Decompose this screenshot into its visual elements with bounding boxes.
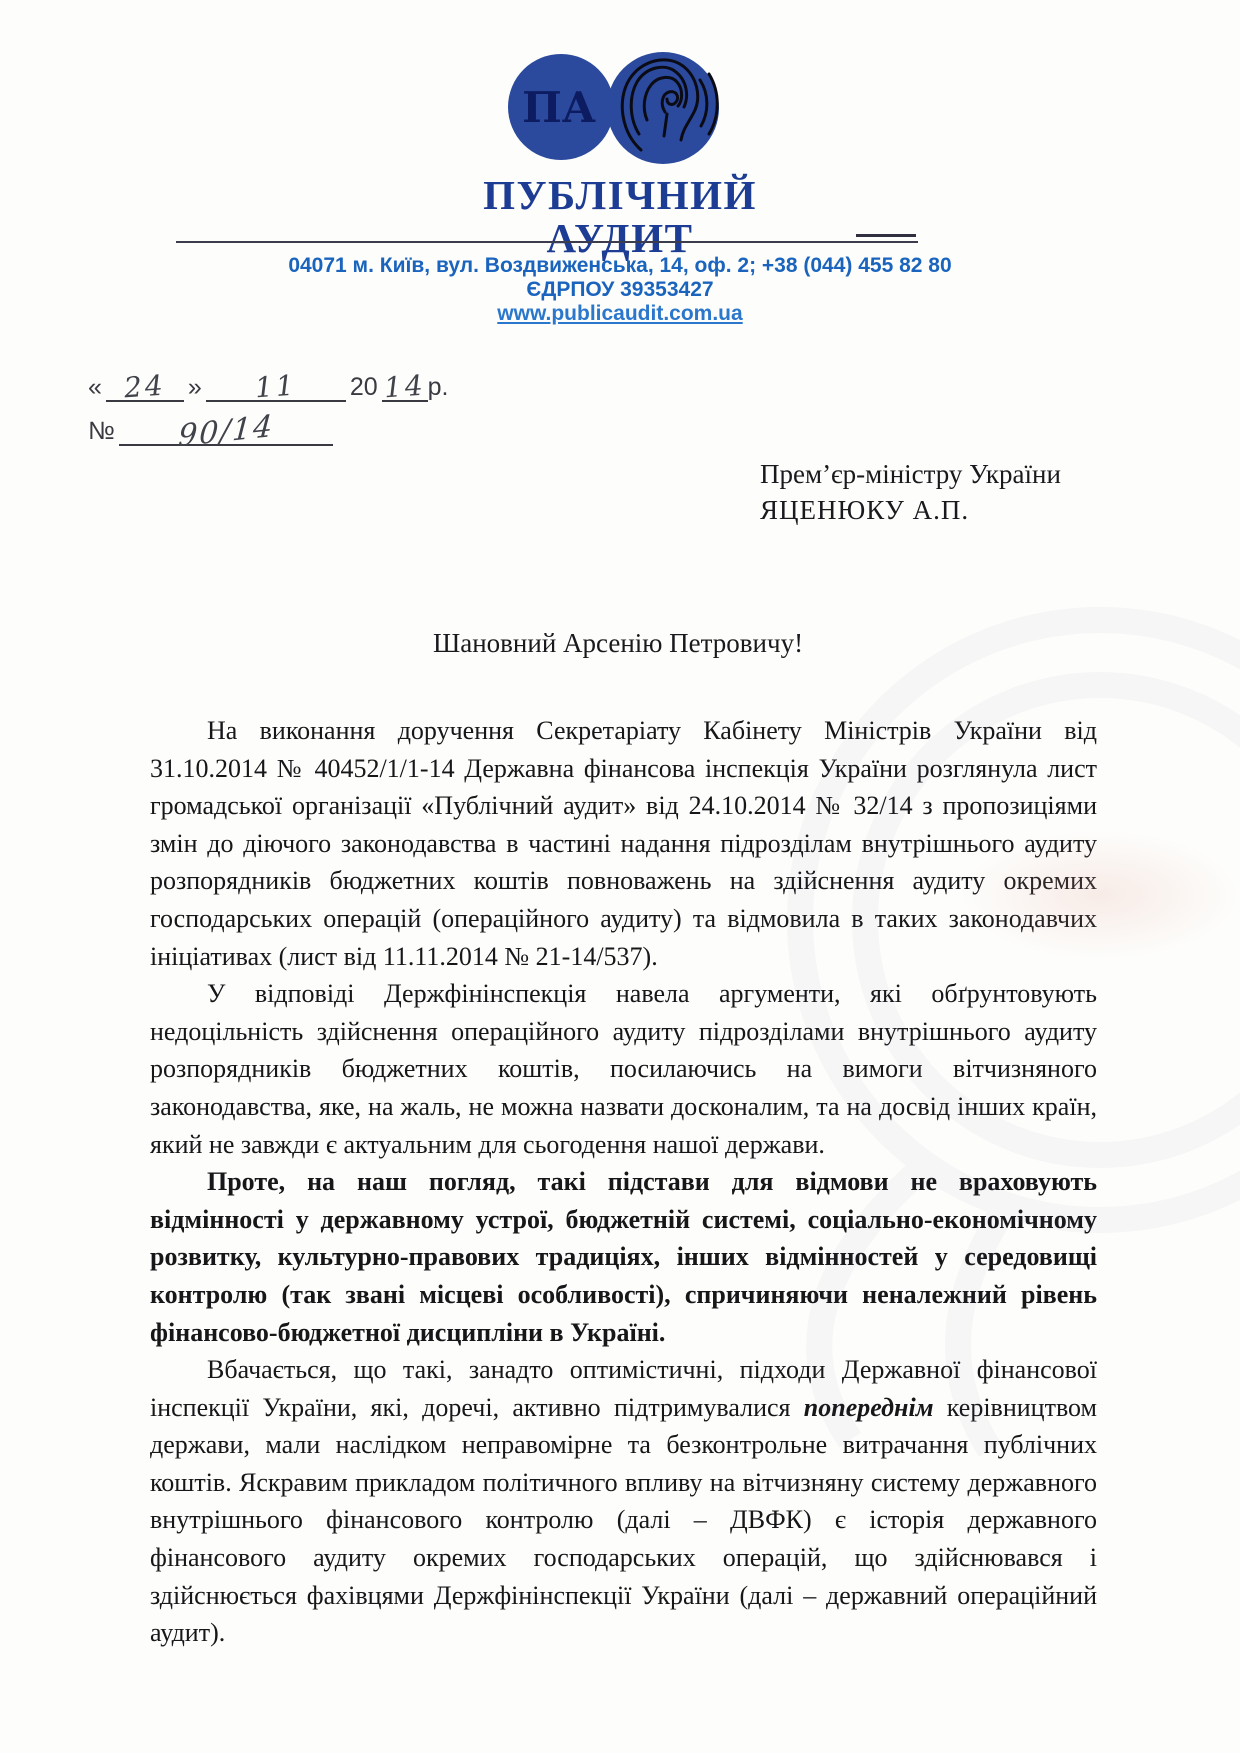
contact-block: 04071 м. Київ, вул. Воздвиженська, 14, о… [0,254,1240,326]
letter-body: На виконання доручення Секретаріату Кабі… [150,712,1097,1652]
handwritten-year: 14 [383,369,427,405]
recipient-title: Прем’єр-міністру України [760,456,1061,492]
date-open-quote: « [88,373,102,401]
number-blank: 90/14 [119,412,333,446]
website-link: www.publicaudit.com.ua [0,302,1240,326]
reference-block: «24»112014р. №90/14 [88,368,448,456]
number-line: №90/14 [88,412,448,446]
header-divider-mark [856,234,916,237]
handwritten-number: 90/14 [177,409,275,455]
paragraph-3: Проте, на наш погляд, такі підстави для … [150,1163,1097,1351]
date-year-blank: 14 [382,368,428,402]
date-day-blank: 24 [106,368,184,402]
paragraph-4: Вбачається, що такі, занадто оптимістичн… [150,1351,1097,1652]
paragraph-4-continuation: керівництвом держави, мали наслідком неп… [150,1393,1097,1648]
recipient-block: Прем’єр-міністру України ЯЦЕНЮКУ А.П. [760,456,1061,528]
recipient-name: ЯЦЕНЮКУ А.П. [760,492,1061,528]
header-divider [176,241,918,243]
organization-name: ПУБЛІЧНИЙ АУДИТ [0,174,1240,260]
letterhead: ПА ПУБЛІЧНИЙ АУДИТ [0,48,1240,260]
address-line: 04071 м. Київ, вул. Воздвиженська, 14, о… [0,254,1240,278]
date-line: «24»112014р. [88,368,448,402]
date-year-prefix: 20 [350,373,378,401]
scanned-letter-page: ПА ПУБЛІЧНИЙ АУДИТ 04071 м. Київ, вул. В… [0,0,1240,1753]
number-label: № [88,417,115,445]
handwritten-month: 11 [254,369,298,405]
organization-logo: ПА [495,48,745,170]
organization-name-line1: ПУБЛІЧНИЙ [0,174,1240,217]
paragraph-4-emphasis: попереднім [804,1393,934,1422]
edrpou-line: ЄДРПОУ 39353427 [0,278,1240,302]
paragraph-2: У відповіді Держфінінспекція навела аргу… [150,975,1097,1163]
handwritten-day: 24 [123,369,167,405]
logo-monogram: ПА [522,83,596,132]
paragraph-1: На виконання доручення Секретаріату Кабі… [150,712,1097,975]
date-month-blank: 11 [206,368,346,402]
salutation: Шановний Арсенію Петровичу! [433,628,803,659]
date-close-quote: » [188,373,202,401]
date-year-suffix: р. [428,373,449,401]
